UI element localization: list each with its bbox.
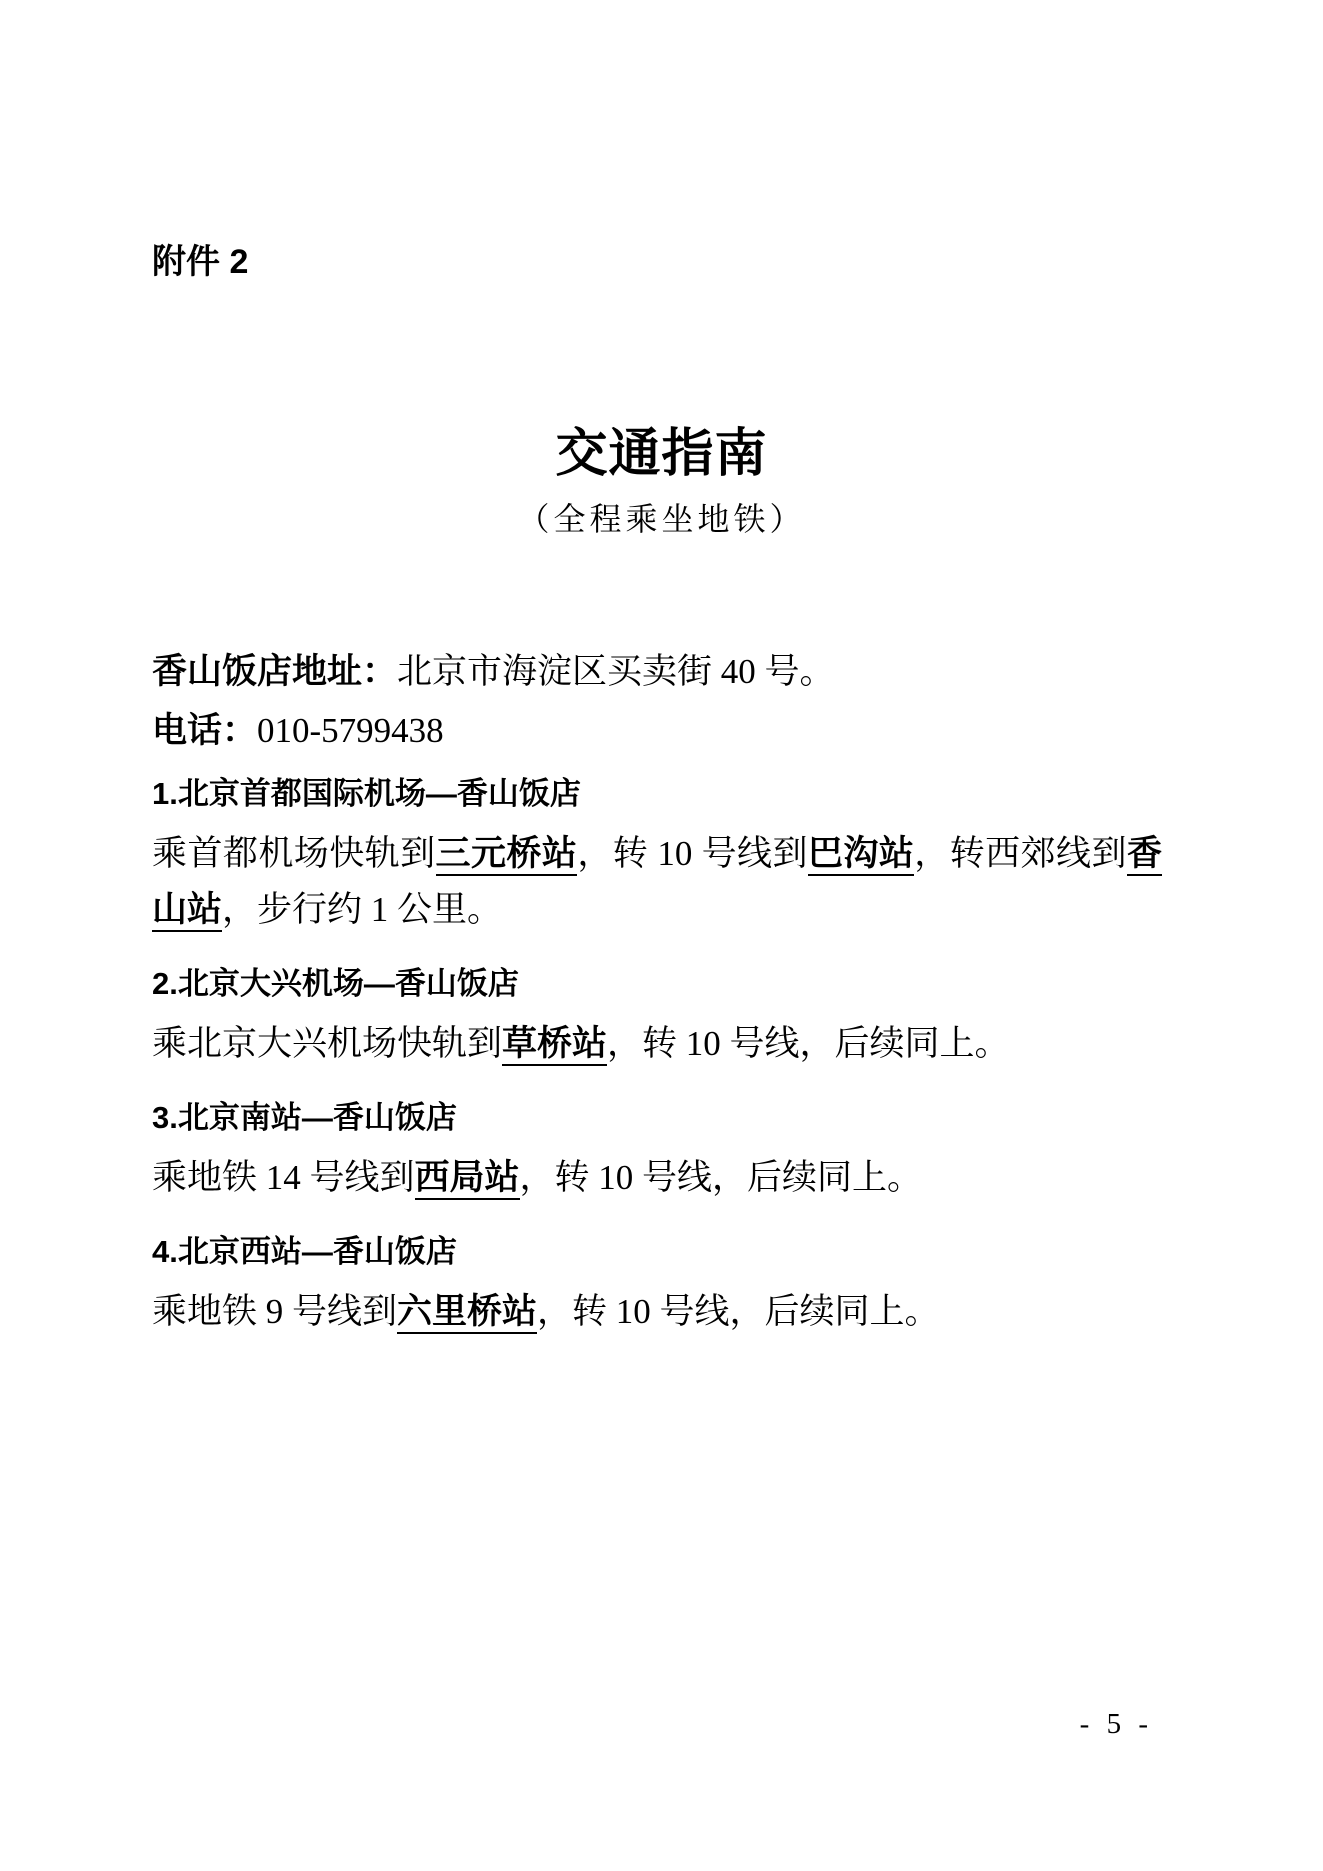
section-heading: 3.北京南站—香山饭店 [152, 1096, 1162, 1140]
station-name: 巴沟站 [808, 834, 914, 876]
route-section-2: 2.北京大兴机场—香山饭店 乘北京大兴机场快轨到草桥站，转 10 号线，后续同上… [152, 962, 1162, 1072]
text-run: ，步行约 1 公里。 [222, 890, 502, 929]
phone-label: 电话： [152, 711, 257, 750]
document-page: 附件 2 交通指南 （全程乘坐地铁） 香山饭店地址：北京市海淀区买卖街 40 号… [0, 0, 1323, 1871]
address-value: 北京市海淀区买卖街 40 号。 [397, 652, 835, 691]
section-heading: 2.北京大兴机场—香山饭店 [152, 962, 1162, 1006]
route-section-3: 3.北京南站—香山饭店 乘地铁 14 号线到西局站，转 10 号线，后续同上。 [152, 1096, 1162, 1206]
text-run: ，转 10 号线，后续同上。 [520, 1158, 923, 1197]
address-line: 香山饭店地址：北京市海淀区买卖街 40 号。 [152, 642, 1162, 701]
section-paragraph: 乘首都机场快轨到三元桥站，转 10 号线到巴沟站，转西郊线到香山站，步行约 1 … [152, 826, 1162, 938]
phone-value: 010-5799438 [257, 711, 444, 750]
document-subtitle: （全程乘坐地铁） [0, 498, 1323, 540]
address-label: 香山饭店地址： [152, 652, 397, 691]
text-run: 乘地铁 9 号线到 [152, 1292, 397, 1331]
attachment-label: 附件 2 [152, 240, 248, 284]
station-name: 西局站 [415, 1158, 520, 1200]
text-run: ，转西郊线到 [914, 834, 1127, 873]
text-run: 乘首都机场快轨到 [152, 834, 436, 873]
station-name: 三元桥站 [436, 834, 578, 876]
text-run: 乘北京大兴机场快轨到 [152, 1024, 502, 1063]
route-section-1: 1.北京首都国际机场—香山饭店 乘首都机场快轨到三元桥站，转 10 号线到巴沟站… [152, 772, 1162, 938]
section-paragraph: 乘地铁 14 号线到西局站，转 10 号线，后续同上。 [152, 1150, 1162, 1206]
contact-block: 香山饭店地址：北京市海淀区买卖街 40 号。 电话：010-5799438 [152, 642, 1162, 760]
section-paragraph: 乘地铁 9 号线到六里桥站，转 10 号线，后续同上。 [152, 1284, 1162, 1340]
page-number: - 5 - [1080, 1708, 1153, 1741]
section-heading: 1.北京首都国际机场—香山饭店 [152, 772, 1162, 816]
document-title: 交通指南 [0, 425, 1323, 485]
text-run: ，转 10 号线，后续同上。 [607, 1024, 1010, 1063]
station-name: 六里桥站 [397, 1292, 537, 1334]
route-section-4: 4.北京西站—香山饭店 乘地铁 9 号线到六里桥站，转 10 号线，后续同上。 [152, 1230, 1162, 1340]
text-run: ，转 10 号线到 [577, 834, 808, 873]
route-sections: 1.北京首都国际机场—香山饭店 乘首都机场快轨到三元桥站，转 10 号线到巴沟站… [152, 766, 1162, 1340]
phone-line: 电话：010-5799438 [152, 701, 1162, 760]
text-run: ，转 10 号线，后续同上。 [537, 1292, 940, 1331]
station-name: 草桥站 [502, 1024, 607, 1066]
section-paragraph: 乘北京大兴机场快轨到草桥站，转 10 号线，后续同上。 [152, 1016, 1162, 1072]
section-heading: 4.北京西站—香山饭店 [152, 1230, 1162, 1274]
text-run: 乘地铁 14 号线到 [152, 1158, 415, 1197]
